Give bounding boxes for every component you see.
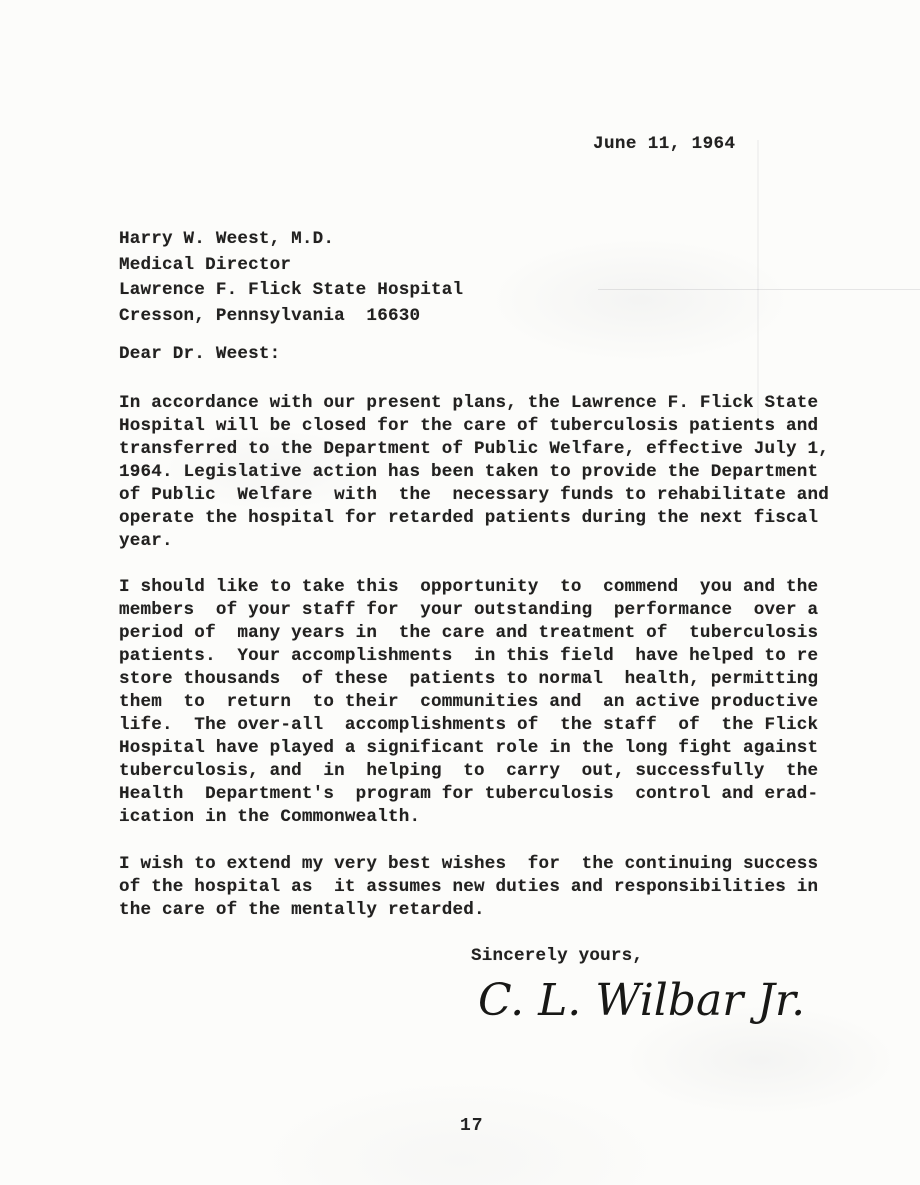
letter-line: I wish to extend my very best wishes for… — [119, 853, 818, 876]
letter-line: the care of the mentally retarded. — [119, 899, 818, 922]
letter-line: ication in the Commonwealth. — [119, 806, 818, 829]
page-number: 17 — [460, 1116, 484, 1136]
letter-line: Health Department's program for tubercul… — [119, 783, 818, 806]
letter-line: period of many years in the care and tre… — [119, 622, 818, 645]
letter-date: June 11, 1964 — [593, 133, 735, 156]
scan-artifact-line — [598, 289, 920, 290]
closing: Sincerely yours, — [471, 945, 643, 968]
letter-line: of the hospital as it assumes new duties… — [119, 876, 818, 899]
letter-line: members of your staff for your outstandi… — [119, 599, 818, 622]
paragraph-2: I should like to take this opportunity t… — [119, 576, 818, 829]
letter-line: them to return to their communities and … — [119, 691, 818, 714]
recipient-city: Cresson, Pennsylvania 16630 — [119, 304, 463, 330]
letter-line: tuberculosis, and in helping to carry ou… — [119, 760, 818, 783]
signature-handwriting: C. L. Wilbar Jr. — [478, 975, 805, 1026]
letter-line: Hospital have played a significant role … — [119, 737, 818, 760]
signature-block: C. L. Wilbar Jr. — [478, 975, 805, 1026]
date-text: June 11, 1964 — [593, 133, 735, 156]
letter-line: operate the hospital for retarded patien… — [119, 507, 829, 530]
closing-text: Sincerely yours, — [471, 945, 643, 968]
letter-line: year. — [119, 530, 829, 553]
letter-line: 1964. Legislative action has been taken … — [119, 461, 829, 484]
scanned-letter-document: { "letter": { "date": "June 11, 1964", "… — [0, 0, 920, 1185]
letter-line: transferred to the Department of Public … — [119, 438, 829, 461]
salutation: Dear Dr. Weest: — [119, 343, 280, 366]
letter-line: patients. Your accomplishments in this f… — [119, 645, 818, 668]
letter-line: Hospital will be closed for the care of … — [119, 415, 829, 438]
scan-artifact-streak — [757, 140, 759, 430]
paragraph-1: In accordance with our present plans, th… — [119, 392, 829, 553]
letter-line: I should like to take this opportunity t… — [119, 576, 818, 599]
recipient-address: Harry W. Weest, M.D. Medical Director La… — [119, 227, 463, 329]
salutation-text: Dear Dr. Weest: — [119, 343, 280, 366]
recipient-org: Lawrence F. Flick State Hospital — [119, 278, 463, 304]
recipient-name: Harry W. Weest, M.D. — [119, 227, 463, 253]
letter-line: In accordance with our present plans, th… — [119, 392, 829, 415]
recipient-title: Medical Director — [119, 253, 463, 279]
letter-line: store thousands of these patients to nor… — [119, 668, 818, 691]
letter-line: of Public Welfare with the necessary fun… — [119, 484, 829, 507]
letter-line: life. The over-all accomplishments of th… — [119, 714, 818, 737]
paragraph-3: I wish to extend my very best wishes for… — [119, 853, 818, 922]
